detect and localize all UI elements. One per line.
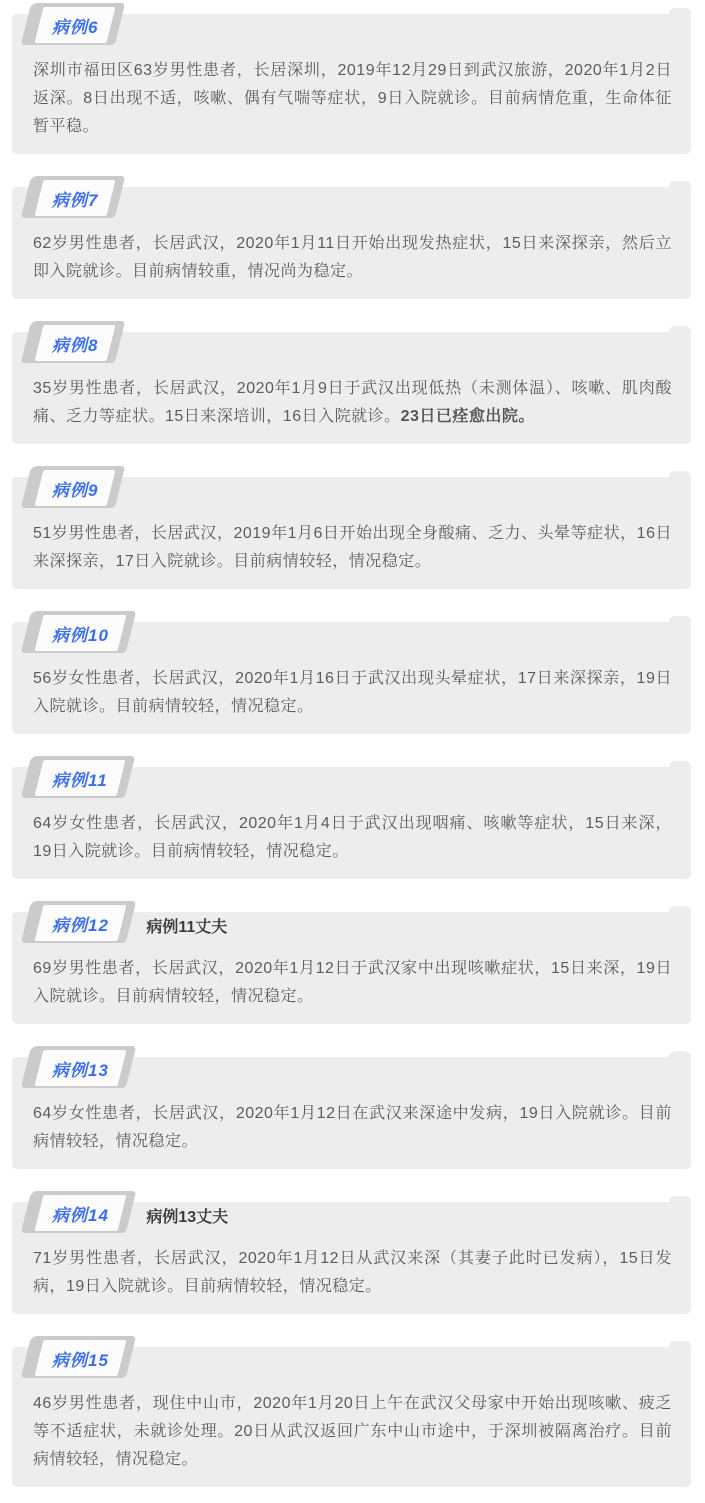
case-header: 病例15	[33, 1347, 672, 1369]
corner-notch	[669, 471, 691, 485]
case-text: 深圳市福田区63岁男性患者，长居深圳，2019年12月29日到武汉旅游，2020…	[33, 62, 672, 135]
case-badge: 病例6	[39, 7, 111, 43]
case-text: 69岁男性患者，长居武汉，2020年1月12日于武汉家中出现咳嗽症状，15日来深…	[33, 960, 672, 1005]
case-text-bold: 23日已痊愈出院。	[401, 408, 535, 425]
case-text: 71岁男性患者，长居武汉，2020年1月12日从武汉来深（其妻子此时已发病），1…	[33, 1250, 672, 1295]
corner-notch	[669, 616, 691, 630]
case-description: 62岁男性患者，长居武汉，2020年1月11日开始出现发热症状，15日来深探亲，…	[33, 230, 672, 286]
case-card-6: 病例6 深圳市福田区63岁男性患者，长居深圳，2019年12月29日到武汉旅游，…	[12, 14, 691, 154]
case-badge: 病例9	[39, 470, 111, 506]
case-card-11: 病例11 64岁女性患者，长居武汉，2020年1月4日于武汉出现咽痛、咳嗽等症状…	[12, 767, 691, 879]
case-card-13: 病例13 64岁女性患者，长居武汉，2020年1月12日在武汉来深途中发病，19…	[12, 1057, 691, 1169]
case-header: 病例6	[33, 14, 672, 36]
case-badge-label: 病例13	[52, 1061, 109, 1080]
case-card-12: 病例12 病例11丈夫 69岁男性患者，长居武汉，2020年1月12日于武汉家中…	[12, 912, 691, 1024]
case-badge: 病例14	[39, 1195, 122, 1231]
case-badge-label: 病例9	[52, 481, 98, 500]
case-card-10: 病例10 56岁女性患者，长居武汉，2020年1月16日于武汉出现头晕症状，17…	[12, 622, 691, 734]
case-description: 69岁男性患者，长居武汉，2020年1月12日于武汉家中出现咳嗽症状，15日来深…	[33, 955, 672, 1011]
case-badge-label: 病例6	[52, 18, 98, 37]
case-description: 64岁女性患者，长居武汉，2020年1月12日在武汉来深途中发病，19日入院就诊…	[33, 1100, 672, 1156]
case-text: 51岁男性患者，长居武汉，2019年1月6日开始出现全身酸痛、乏力、头晕等症状，…	[33, 525, 672, 570]
case-header: 病例8	[33, 332, 672, 354]
case-text: 62岁男性患者，长居武汉，2020年1月11日开始出现发热症状，15日来深探亲，…	[33, 235, 672, 280]
corner-notch	[669, 8, 691, 22]
case-badge: 病例10	[39, 615, 122, 651]
case-badge-label: 病例7	[52, 191, 98, 210]
case-text: 35岁男性患者，长居武汉，2020年1月9日于武汉出现低热（未测体温）、咳嗽、肌…	[33, 380, 672, 425]
case-text: 64岁女性患者，长居武汉，2020年1月12日在武汉来深途中发病，19日入院就诊…	[33, 1105, 672, 1150]
corner-notch	[669, 1341, 691, 1355]
case-badge: 病例15	[39, 1340, 122, 1376]
case-description: 56岁女性患者，长居武汉，2020年1月16日于武汉出现头晕症状，17日来深探亲…	[33, 665, 672, 721]
case-subtitle: 病例13丈夫	[146, 1202, 228, 1227]
case-card-14: 病例14 病例13丈夫 71岁男性患者，长居武汉，2020年1月12日从武汉来深…	[12, 1202, 691, 1314]
case-card-9: 病例9 51岁男性患者，长居武汉，2019年1月6日开始出现全身酸痛、乏力、头晕…	[12, 477, 691, 589]
case-card-8: 病例8 35岁男性患者，长居武汉，2020年1月9日于武汉出现低热（未测体温）、…	[12, 332, 691, 444]
corner-notch	[669, 761, 691, 775]
case-text: 46岁男性患者，现住中山市，2020年1月20日上午在武汉父母家中开始出现咳嗽、…	[33, 1395, 672, 1468]
case-description: 51岁男性患者，长居武汉，2019年1月6日开始出现全身酸痛、乏力、头晕等症状，…	[33, 520, 672, 576]
case-card-15: 病例15 46岁男性患者，现住中山市，2020年1月20日上午在武汉父母家中开始…	[12, 1347, 691, 1487]
case-description: 深圳市福田区63岁男性患者，长居深圳，2019年12月29日到武汉旅游，2020…	[33, 57, 672, 141]
case-header: 病例10	[33, 622, 672, 644]
case-badge-label: 病例14	[52, 1206, 109, 1225]
case-badge-label: 病例15	[52, 1351, 109, 1370]
article-page: 病例6 深圳市福田区63岁男性患者，长居深圳，2019年12月29日到武汉旅游，…	[0, 0, 705, 1503]
case-text: 64岁女性患者，长居武汉，2020年1月4日于武汉出现咽痛、咳嗽等症状，15日来…	[33, 815, 672, 860]
case-description: 64岁女性患者，长居武汉，2020年1月4日于武汉出现咽痛、咳嗽等症状，15日来…	[33, 810, 672, 866]
corner-notch	[669, 1196, 691, 1210]
case-card-7: 病例7 62岁男性患者，长居武汉，2020年1月11日开始出现发热症状，15日来…	[12, 187, 691, 299]
case-badge: 病例11	[39, 760, 121, 796]
case-badge: 病例13	[39, 1050, 122, 1086]
case-header: 病例13	[33, 1057, 672, 1079]
case-text: 56岁女性患者，长居武汉，2020年1月16日于武汉出现头晕症状，17日来深探亲…	[33, 670, 672, 715]
corner-notch	[669, 906, 691, 920]
case-header: 病例12 病例11丈夫	[33, 912, 672, 934]
case-description: 46岁男性患者，现住中山市，2020年1月20日上午在武汉父母家中开始出现咳嗽、…	[33, 1390, 672, 1474]
corner-notch	[669, 181, 691, 195]
case-badge: 病例7	[39, 180, 111, 216]
case-badge: 病例12	[39, 905, 122, 941]
case-header: 病例7	[33, 187, 672, 209]
case-header: 病例14 病例13丈夫	[33, 1202, 672, 1224]
case-badge-label: 病例10	[52, 626, 109, 645]
case-badge-label: 病例8	[52, 336, 98, 355]
case-header: 病例11	[33, 767, 672, 789]
case-badge-label: 病例12	[52, 916, 109, 935]
corner-notch	[669, 326, 691, 340]
case-description: 71岁男性患者，长居武汉，2020年1月12日从武汉来深（其妻子此时已发病），1…	[33, 1245, 672, 1301]
case-header: 病例9	[33, 477, 672, 499]
corner-notch	[669, 1051, 691, 1065]
case-subtitle: 病例11丈夫	[146, 912, 227, 937]
case-badge-label: 病例11	[52, 771, 108, 790]
case-badge: 病例8	[39, 325, 111, 361]
case-description: 35岁男性患者，长居武汉，2020年1月9日于武汉出现低热（未测体温）、咳嗽、肌…	[33, 375, 672, 431]
